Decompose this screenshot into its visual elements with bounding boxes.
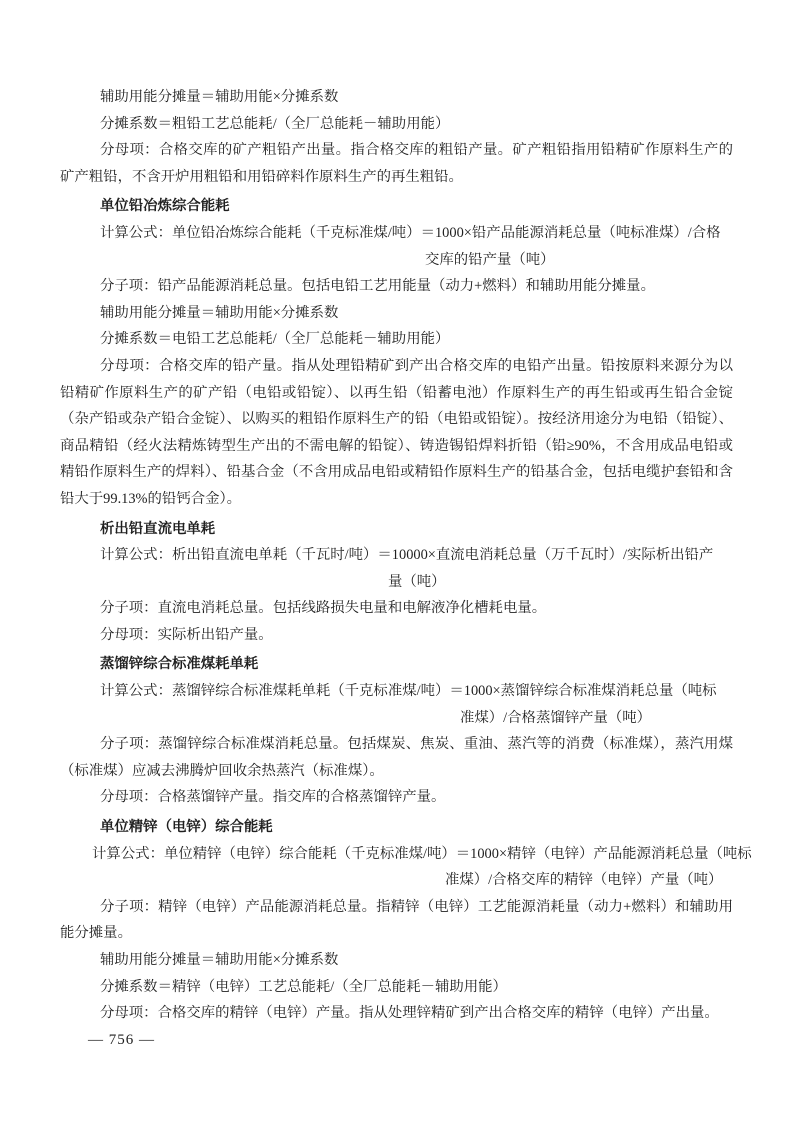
section-heading: 单位铅冶炼综合能耗 [60,193,733,220]
paragraph-text: 分子项：铅产品能源消耗总量。包括电铅工艺用能量（动力+燃料）和辅助用能分摊量。 [60,273,733,300]
page-number: — 756 — [88,1032,155,1049]
paragraph-text: 分母项：合格交库的矿产粗铅产出量。指合格交库的粗铅产量。矿产粗铅指用铅精矿作原料… [60,137,733,190]
formula-continuation: 准煤）/合格交库的精锌（电锌）产量（吨） [60,867,733,894]
formula-continuation: 交库的铅产量（吨） [60,247,733,274]
paragraph-text: 分子项：蒸馏锌综合标准煤消耗总量。包括煤炭、焦炭、重油、蒸汽等的消费（标准煤），… [60,731,733,784]
formula-text: 分摊系数＝粗铅工艺总能耗/（全厂总能耗－辅助用能） [60,111,733,138]
formula-text: 计算公式：蒸馏锌综合标准煤耗单耗（千克标准煤/吨）＝1000×蒸馏锌综合标准煤消… [60,678,733,705]
formula-text: 计算公式：单位铅冶炼综合能耗（千克标准煤/吨）＝1000×铅产品能源消耗总量（吨… [60,220,733,247]
paragraph-text: 分母项：合格交库的铅产量。指从处理铅精矿到产出合格交库的电铅产出量。铅按原料来源… [60,353,733,513]
formula-text: 分摊系数＝精锌（电锌）工艺总能耗/（全厂总能耗－辅助用能） [60,974,733,1001]
paragraph-text: 分子项：直流电消耗总量。包括线路损失电量和电解液净化槽耗电量。 [60,595,733,622]
formula-continuation: 准煤）/合格蒸馏锌产量（吨） [60,705,733,732]
formula-text: 计算公式：单位精锌（电锌）综合能耗（千克标准煤/吨）＝1000×精锌（电锌）产品… [60,841,733,868]
document-page: 辅助用能分摊量＝辅助用能×分摊系数 分摊系数＝粗铅工艺总能耗/（全厂总能耗－辅助… [0,0,793,1122]
paragraph-text: 分母项：合格交库的精锌（电锌）产量。指从处理锌精矿到产出合格交库的精锌（电锌）产… [60,1000,733,1027]
formula-text: 分摊系数＝电铅工艺总能耗/（全厂总能耗－辅助用能） [60,326,733,353]
formula-text: 计算公式：析出铅直流电单耗（千瓦时/吨）＝10000×直流电消耗总量（万千瓦时）… [60,542,733,569]
formula-continuation: 量（吨） [60,569,733,596]
document-body: 辅助用能分摊量＝辅助用能×分摊系数 分摊系数＝粗铅工艺总能耗/（全厂总能耗－辅助… [60,84,733,1027]
formula-text: 辅助用能分摊量＝辅助用能×分摊系数 [60,300,733,327]
formula-text: 辅助用能分摊量＝辅助用能×分摊系数 [60,947,733,974]
paragraph-text: 分母项：实际析出铅产量。 [60,622,733,649]
paragraph-text: 分子项：精锌（电锌）产品能源消耗总量。指精锌（电锌）工艺能源消耗量（动力+燃料）… [60,894,733,947]
formula-text: 辅助用能分摊量＝辅助用能×分摊系数 [60,84,733,111]
section-heading: 蒸馏锌综合标准煤耗单耗 [60,651,733,678]
paragraph-text: 分母项：合格蒸馏锌产量。指交库的合格蒸馏锌产量。 [60,784,733,811]
section-heading: 析出铅直流电单耗 [60,516,733,543]
section-heading: 单位精锌（电锌）综合能耗 [60,814,733,841]
